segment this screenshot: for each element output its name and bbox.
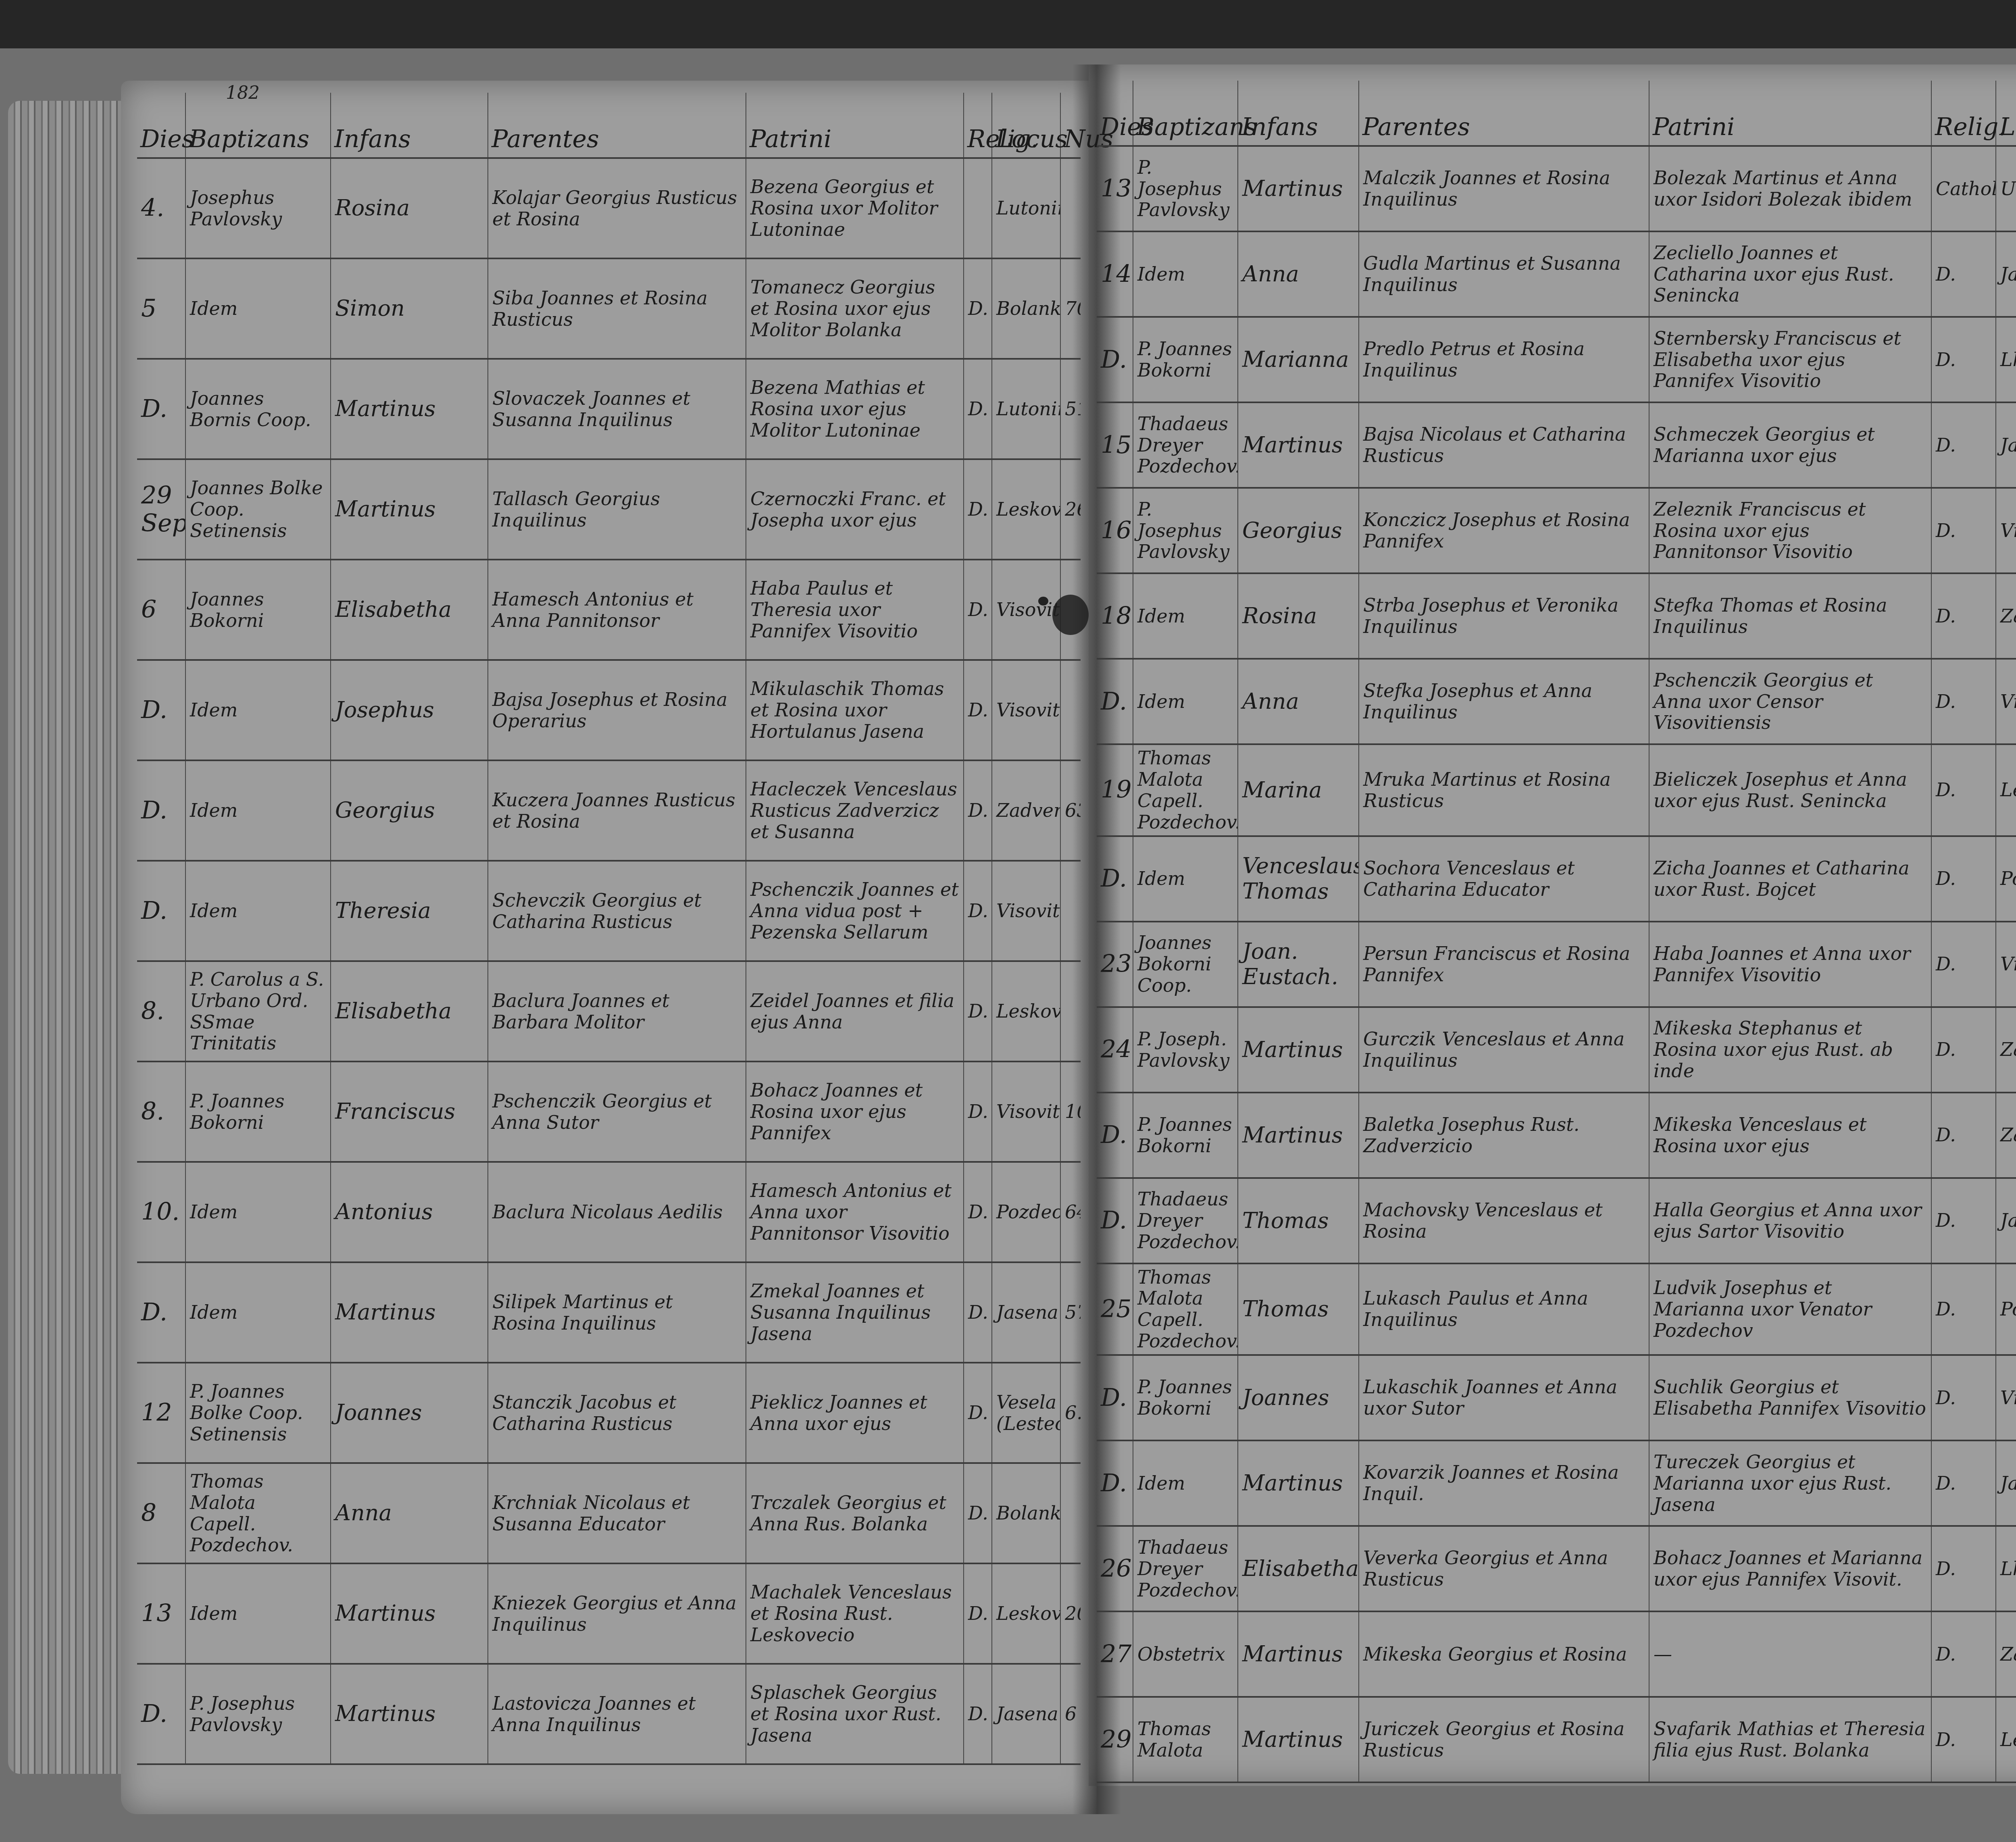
- entry-locus: Jasena: [992, 1262, 1060, 1363]
- entry-parentes: Schevczik Georgius et Catharina Rusticus: [488, 861, 746, 961]
- entry-nus: 70.: [1060, 258, 1081, 359]
- entry-locus: Ublo: [1996, 146, 2016, 231]
- register-entry-row: D.IdemTheresiaSchevczik Georgius et Cath…: [137, 861, 1081, 961]
- entry-infans: Martinus: [331, 459, 488, 560]
- entry-parentes: Persun Franciscus et Rosina Pannifex: [1359, 922, 1649, 1007]
- entry-relig: D.: [964, 760, 992, 861]
- entry-nus: 100: [1060, 1061, 1081, 1162]
- entry-locus: Visovitium: [992, 861, 1060, 961]
- entry-baptizans: Thomas Malota Capell. Pozdechov.: [185, 1463, 331, 1563]
- register-entry-row: D.P. Joannes BokorniJoannesLukaschik Joa…: [1097, 1355, 2016, 1440]
- entry-infans: Georgius: [331, 760, 488, 861]
- entry-parentes: Mruka Martinus et Rosina Rusticus: [1359, 744, 1649, 836]
- entry-relig: D.: [1931, 836, 1996, 922]
- register-entry-row: 4.Josephus PavlovskyRosinaKolajar Georgi…: [137, 158, 1081, 258]
- entry-locus: Lhotka: [1996, 1526, 2016, 1611]
- entry-baptizans: Idem: [185, 1563, 331, 1664]
- entry-locus: Vesela (Lesteckom): [992, 1363, 1060, 1463]
- entry-nus: 64: [1060, 1162, 1081, 1262]
- column-header-dies: Dies: [137, 93, 185, 158]
- entry-relig: D.: [964, 861, 992, 961]
- column-header-infans: Infans: [1238, 81, 1359, 146]
- column-header-baptizans: Baptizans: [1133, 81, 1238, 146]
- entry-locus: Jasena: [1996, 1440, 2016, 1526]
- entry-locus: Zadverzicium: [1996, 1611, 2016, 1697]
- book-page-edges-left: [8, 101, 129, 1774]
- entry-dies: D.: [137, 359, 185, 459]
- column-header-patrini: Patrini: [1649, 81, 1931, 146]
- entry-locus: Jasena: [1996, 231, 2016, 317]
- entry-locus: Leskovecium: [1996, 744, 2016, 836]
- entry-infans: Venceslaus Thomas: [1238, 836, 1359, 922]
- entry-nus: 26: [1060, 459, 1081, 560]
- entry-relig: D.: [1931, 1697, 1996, 1782]
- register-entry-row: 29.Thomas MalotaMartinusJuriczek Georgiu…: [1097, 1697, 2016, 1782]
- register-entry-row: D.IdemAnnaStefka Josephus et Anna Inquil…: [1097, 659, 2016, 744]
- register-entry-row: 23Joannes Bokorni Coop.Joan. Eustach.Per…: [1097, 922, 2016, 1007]
- entry-parentes: Slovaczek Joannes et Susanna Inquilinus: [488, 359, 746, 459]
- entry-infans: Thomas: [1238, 1263, 1359, 1355]
- entry-relig: D.: [964, 1061, 992, 1162]
- column-header-infans: Infans: [331, 93, 488, 158]
- entry-patrini: Czernoczki Franc. et Josepha uxor ejus: [746, 459, 964, 560]
- entry-infans: Martinus: [331, 1664, 488, 1764]
- entry-patrini: Mikulaschik Thomas et Rosina uxor Hortul…: [746, 660, 964, 760]
- entry-nus: [1060, 961, 1081, 1061]
- entry-relig: D.: [964, 1664, 992, 1764]
- column-header-relig: Relig.: [1931, 81, 1996, 146]
- entry-parentes: Sochora Venceslaus et Catharina Educator: [1359, 836, 1649, 922]
- entry-locus: Zadverzicium: [1996, 1007, 2016, 1093]
- entry-relig: D.: [964, 1463, 992, 1563]
- entry-patrini: Haba Joannes et Anna uxor Pannifex Visov…: [1649, 922, 1931, 1007]
- entry-parentes: Bajsa Nicolaus et Catharina Rusticus: [1359, 402, 1649, 488]
- entry-patrini: Suchlik Georgius et Elisabetha Pannifex …: [1649, 1355, 1931, 1440]
- entry-baptizans: P. Joseph. Pavlovsky: [1133, 1007, 1238, 1093]
- register-entry-row: 12P. Joannes Bolke Coop. SetinensisJoann…: [137, 1363, 1081, 1463]
- entry-dies: D.: [1097, 836, 1133, 922]
- left-header-row: DiesBaptizansInfansParentesPatriniRelig.…: [137, 93, 1081, 158]
- entry-relig: D.: [964, 560, 992, 660]
- entry-relig: D.: [1931, 402, 1996, 488]
- entry-locus: Bolanka: [992, 1463, 1060, 1563]
- entry-baptizans: Idem: [185, 760, 331, 861]
- entry-patrini: Tureczek Georgius et Marianna uxor ejus …: [1649, 1440, 1931, 1526]
- entry-nus: [1060, 660, 1081, 760]
- register-entry-row: 19Thomas Malota Capell. Pozdechov.Marina…: [1097, 744, 2016, 836]
- entry-baptizans: Idem: [1133, 836, 1238, 922]
- entry-dies: 4.: [137, 158, 185, 258]
- register-entry-row: 26Thadaeus Dreyer Pozdechov.ElisabethaVe…: [1097, 1526, 2016, 1611]
- entry-dies: 27: [1097, 1611, 1133, 1697]
- entry-parentes: Silipek Martinus et Rosina Inquilinus: [488, 1262, 746, 1363]
- entry-baptizans: P. Joannes Bolke Coop. Setinensis: [185, 1363, 331, 1463]
- entry-parentes: Machovsky Venceslaus et Rosina: [1359, 1178, 1649, 1263]
- entry-parentes: Stefka Josephus et Anna Inquilinus: [1359, 659, 1649, 744]
- entry-baptizans: Joannes Bokorni Coop.: [1133, 922, 1238, 1007]
- entry-dies: D.: [1097, 1440, 1133, 1526]
- entry-nus: [1060, 1463, 1081, 1563]
- entry-relig: D.: [964, 459, 992, 560]
- entry-dies: D.: [1097, 1355, 1133, 1440]
- entry-locus: Bolanka: [992, 258, 1060, 359]
- entry-baptizans: P. Joannes Bokorni: [1133, 1355, 1238, 1440]
- entry-locus: Visovitium: [992, 1061, 1060, 1162]
- entry-infans: Rosina: [331, 158, 488, 258]
- entry-locus: Zadverzicium: [1996, 1093, 2016, 1178]
- entry-baptizans: P. Josephus Pavlovsky: [1133, 488, 1238, 573]
- register-entry-row: D.IdemJosephusBajsa Josephus et Rosina O…: [137, 660, 1081, 760]
- entry-patrini: Pschenczik Joannes et Anna vidua post + …: [746, 861, 964, 961]
- entry-patrini: —: [1649, 1611, 1931, 1697]
- entry-baptizans: Idem: [185, 861, 331, 961]
- entry-locus: Lutonina: [992, 359, 1060, 459]
- entry-dies: 19: [1097, 744, 1133, 836]
- entry-baptizans: Joannes Bolke Coop. Setinensis: [185, 459, 331, 560]
- entry-dies: D.: [137, 1262, 185, 1363]
- register-entry-row: 24P. Joseph. PavlovskyMartinusGurczik Ve…: [1097, 1007, 2016, 1093]
- entry-baptizans: Thomas Malota Capell. Pozdechov.: [1133, 1263, 1238, 1355]
- entry-relig: D.: [964, 1162, 992, 1262]
- entry-parentes: Kuczera Joannes Rusticus et Rosina: [488, 760, 746, 861]
- entry-relig: D.: [1931, 488, 1996, 573]
- column-header-parentes: Parentes: [1359, 81, 1649, 146]
- entry-parentes: Malczik Joannes et Rosina Inquilinus: [1359, 146, 1649, 231]
- entry-dies: 24: [1097, 1007, 1133, 1093]
- register-entry-row: 13IdemMartinusKniezek Georgius et Anna I…: [137, 1563, 1081, 1664]
- entry-patrini: Zeleznik Franciscus et Rosina uxor ejus …: [1649, 488, 1931, 573]
- entry-dies: 18: [1097, 573, 1133, 659]
- entry-relig: D.: [1931, 573, 1996, 659]
- entry-patrini: Zmekal Joannes et Susanna Inquilinus Jas…: [746, 1262, 964, 1363]
- entry-patrini: Hacleczek Venceslaus Rusticus Zadverzicz…: [746, 760, 964, 861]
- entry-locus: Visovitium: [1996, 922, 2016, 1007]
- entry-patrini: Bohacz Joannes et Rosina uxor ejus Panni…: [746, 1061, 964, 1162]
- entry-parentes: Krchniak Nicolaus et Susanna Educator: [488, 1463, 746, 1563]
- entry-parentes: Lukaschik Joannes et Anna uxor Sutor: [1359, 1355, 1649, 1440]
- register-entry-row: 16P. Josephus PavlovskyGeorgiusKonczicz …: [1097, 488, 2016, 573]
- entry-baptizans: Obstetrix: [1133, 1611, 1238, 1697]
- entry-infans: Martinus: [1238, 1611, 1359, 1697]
- entry-parentes: Konczicz Josephus et Rosina Pannifex: [1359, 488, 1649, 573]
- entry-infans: Martinus: [331, 359, 488, 459]
- entry-baptizans: P. Carolus a S. Urbano Ord. SSmae Trinit…: [185, 961, 331, 1061]
- entry-infans: Thomas: [1238, 1178, 1359, 1263]
- entry-patrini: Mikeska Venceslaus et Rosina uxor ejus: [1649, 1093, 1931, 1178]
- entry-locus: Zadverzicium: [1996, 573, 2016, 659]
- entry-baptizans: Idem: [185, 1262, 331, 1363]
- entry-baptizans: Thomas Malota Capell. Pozdechov.: [1133, 744, 1238, 836]
- entry-nus: [1060, 158, 1081, 258]
- entry-relig: [964, 158, 992, 258]
- entry-locus: Visovitium: [1996, 1355, 2016, 1440]
- register-entry-row: 8Thomas Malota Capell. Pozdechov.AnnaKrc…: [137, 1463, 1081, 1563]
- entry-locus: Lutonina: [992, 158, 1060, 258]
- entry-infans: Anna: [1238, 659, 1359, 744]
- entry-infans: Elisabetha: [331, 961, 488, 1061]
- column-header-patrini: Patrini: [746, 93, 964, 158]
- entry-infans: Franciscus: [331, 1061, 488, 1162]
- entry-locus: Pozdechovium: [1996, 1263, 2016, 1355]
- entry-infans: Anna: [1238, 231, 1359, 317]
- entry-locus: Leskovecio: [1996, 1697, 2016, 1782]
- register-entry-row: 18IdemRosinaStrba Josephus et Veronika I…: [1097, 573, 2016, 659]
- register-entry-row: 29 SeptembrisJoannes Bolke Coop. Setinen…: [137, 459, 1081, 560]
- entry-parentes: Pschenczik Georgius et Anna Sutor: [488, 1061, 746, 1162]
- entry-patrini: Sternbersky Franciscus et Elisabetha uxo…: [1649, 317, 1931, 402]
- register-entry-row: D.IdemMartinusSilipek Martinus et Rosina…: [137, 1262, 1081, 1363]
- entry-nus: 63.: [1060, 760, 1081, 861]
- entry-relig: D.: [1931, 231, 1996, 317]
- entry-patrini: Hamesch Antonius et Anna uxor Pannitonso…: [746, 1162, 964, 1262]
- entry-nus: 57: [1060, 1262, 1081, 1363]
- entry-dies: 14: [1097, 231, 1133, 317]
- entry-nus: 6: [1060, 1664, 1081, 1764]
- entry-patrini: Machalek Venceslaus et Rosina Rust. Lesk…: [746, 1563, 964, 1664]
- entry-relig: D.: [1931, 1007, 1996, 1093]
- entry-baptizans: Thomas Malota: [1133, 1697, 1238, 1782]
- entry-patrini: Halla Georgius et Anna uxor ejus Sartor …: [1649, 1178, 1931, 1263]
- entry-relig: D.: [1931, 1355, 1996, 1440]
- entry-patrini: Bohacz Joannes et Marianna uxor ejus Pan…: [1649, 1526, 1931, 1611]
- entry-parentes: Baclura Joannes et Barbara Molitor: [488, 961, 746, 1061]
- register-entry-row: 27ObstetrixMartinusMikeska Georgius et R…: [1097, 1611, 2016, 1697]
- left-register-body: 4.Josephus PavlovskyRosinaKolajar Georgi…: [137, 158, 1081, 1764]
- entry-dies: 23: [1097, 922, 1133, 1007]
- ink-stain-small: [1038, 597, 1048, 606]
- entry-parentes: Juriczek Georgius et Rosina Rusticus: [1359, 1697, 1649, 1782]
- entry-locus: Zadverzicium: [992, 760, 1060, 861]
- right-register-table: DiesBaptizansInfansParentesPatriniRelig.…: [1097, 81, 2016, 1783]
- entry-relig: D.: [1931, 1526, 1996, 1611]
- entry-baptizans: Idem: [185, 258, 331, 359]
- entry-relig: D.: [964, 660, 992, 760]
- register-entry-row: 8.P. Carolus a S. Urbano Ord. SSmae Trin…: [137, 961, 1081, 1061]
- entry-locus: Pozdechovium: [1996, 836, 2016, 922]
- entry-parentes: Strba Josephus et Veronika Inquilinus: [1359, 573, 1649, 659]
- entry-parentes: Lukasch Paulus et Anna Inquilinus: [1359, 1263, 1649, 1355]
- entry-relig: D.: [964, 1563, 992, 1664]
- entry-patrini: Ludvik Josephus et Marianna uxor Venator…: [1649, 1263, 1931, 1355]
- column-header-relig: Relig.: [964, 93, 992, 158]
- register-entry-row: D.Joannes Bornis Coop.MartinusSlovaczek …: [137, 359, 1081, 459]
- entry-infans: Martinus: [1238, 402, 1359, 488]
- entry-baptizans: Thadaeus Dreyer Pozdechov.: [1133, 1526, 1238, 1611]
- entry-locus: Visovitium: [992, 560, 1060, 660]
- register-entry-row: 13P. Josephus PavlovskyMartinusMalczik J…: [1097, 146, 2016, 231]
- entry-infans: Martinus: [1238, 1007, 1359, 1093]
- entry-parentes: Veverka Georgius et Anna Rusticus: [1359, 1526, 1649, 1611]
- column-header-dies: Dies: [1097, 81, 1133, 146]
- entry-infans: Martinus: [1238, 1440, 1359, 1526]
- entry-locus: Jasena: [1996, 402, 2016, 488]
- register-entry-row: D.P. Joannes BokorniMartinusBaletka Jose…: [1097, 1093, 2016, 1178]
- entry-infans: Josephus: [331, 660, 488, 760]
- entry-dies: 29.: [1097, 1697, 1133, 1782]
- entry-infans: Marina: [1238, 744, 1359, 836]
- entry-baptizans: Joannes Bokorni: [185, 560, 331, 660]
- entry-dies: 26: [1097, 1526, 1133, 1611]
- entry-parentes: Kolajar Georgius Rusticus et Rosina: [488, 158, 746, 258]
- entry-dies: D.: [137, 660, 185, 760]
- entry-patrini: Bezena Mathias et Rosina uxor ejus Molit…: [746, 359, 964, 459]
- entry-parentes: Mikeska Georgius et Rosina: [1359, 1611, 1649, 1697]
- entry-relig: D.: [1931, 1263, 1996, 1355]
- entry-relig: Catholicus: [1931, 146, 1996, 231]
- entry-patrini: Zeidel Joannes et filia ejus Anna: [746, 961, 964, 1061]
- entry-patrini: Mikeska Stephanus et Rosina uxor ejus Ru…: [1649, 1007, 1931, 1093]
- register-entry-row: 10.IdemAntoniusBaclura Nicolaus AedilisH…: [137, 1162, 1081, 1262]
- entry-patrini: Svafarik Mathias et Theresia filia ejus …: [1649, 1697, 1931, 1782]
- entry-parentes: Hamesch Antonius et Anna Pannitonsor: [488, 560, 746, 660]
- register-entry-row: 14IdemAnnaGudla Martinus et Susanna Inqu…: [1097, 231, 2016, 317]
- entry-relig: D.: [964, 359, 992, 459]
- entry-locus: Jasena: [1996, 1178, 2016, 1263]
- entry-dies: 29 Septembris: [137, 459, 185, 560]
- entry-locus: Visovitium: [992, 660, 1060, 760]
- entry-patrini: Pschenczik Georgius et Anna uxor Censor …: [1649, 659, 1931, 744]
- column-header-parentes: Parentes: [488, 93, 746, 158]
- entry-dies: 16: [1097, 488, 1133, 573]
- register-entry-row: D.IdemMartinusKovarzik Joannes et Rosina…: [1097, 1440, 2016, 1526]
- entry-patrini: Stefka Thomas et Rosina Inquilinus: [1649, 573, 1931, 659]
- entry-dies: D.: [137, 1664, 185, 1764]
- entry-dies: 25: [1097, 1263, 1133, 1355]
- entry-relig: D.: [964, 258, 992, 359]
- entry-parentes: Siba Joannes et Rosina Rusticus: [488, 258, 746, 359]
- entry-dies: 12: [137, 1363, 185, 1463]
- entry-dies: 8.: [137, 961, 185, 1061]
- entry-infans: Joan. Eustach.: [1238, 922, 1359, 1007]
- entry-infans: Georgius: [1238, 488, 1359, 573]
- entry-dies: D.: [137, 861, 185, 961]
- entry-baptizans: P. Joannes Bokorni: [185, 1061, 331, 1162]
- entry-dies: 8: [137, 1463, 185, 1563]
- entry-patrini: Tomanecz Georgius et Rosina uxor ejus Mo…: [746, 258, 964, 359]
- column-header-baptizans: Baptizans: [185, 93, 331, 158]
- column-header-locus: Locus: [992, 93, 1060, 158]
- entry-baptizans: Idem: [185, 1162, 331, 1262]
- register-entry-row: 25Thomas Malota Capell. Pozdechov.Thomas…: [1097, 1263, 2016, 1355]
- entry-locus: Leskovecium: [992, 459, 1060, 560]
- entry-nus: 6.: [1060, 1363, 1081, 1463]
- entry-infans: Joannes: [1238, 1355, 1359, 1440]
- entry-parentes: Gudla Martinus et Susanna Inquilinus: [1359, 231, 1649, 317]
- right-header-row: DiesBaptizansInfansParentesPatriniRelig.…: [1097, 81, 2016, 146]
- entry-relig: D.: [1931, 744, 1996, 836]
- entry-infans: Joannes: [331, 1363, 488, 1463]
- entry-baptizans: Josephus Pavlovsky: [185, 158, 331, 258]
- entry-baptizans: Idem: [1133, 231, 1238, 317]
- entry-infans: Simon: [331, 258, 488, 359]
- entry-patrini: Bolezak Martinus et Anna uxor Isidori Bo…: [1649, 146, 1931, 231]
- entry-infans: Martinus: [1238, 1093, 1359, 1178]
- entry-dies: 15: [1097, 402, 1133, 488]
- register-entry-row: D.P. Joannes BokorniMariannaPredlo Petru…: [1097, 317, 2016, 402]
- entry-dies: D.: [1097, 1178, 1133, 1263]
- register-entry-row: D.P. Josephus PavlovskyMartinusLastovicz…: [137, 1664, 1081, 1764]
- entry-dies: 10.: [137, 1162, 185, 1262]
- entry-infans: Martinus: [1238, 146, 1359, 231]
- entry-parentes: Lastovicza Joannes et Anna Inquilinus: [488, 1664, 746, 1764]
- entry-dies: 5: [137, 258, 185, 359]
- entry-locus: Leskovecium: [992, 1563, 1060, 1664]
- entry-patrini: Zicha Joannes et Catharina uxor Rust. Bo…: [1649, 836, 1931, 922]
- entry-parentes: Baclura Nicolaus Aedilis: [488, 1162, 746, 1262]
- entry-baptizans: P. Josephus Pavlovsky: [185, 1664, 331, 1764]
- entry-patrini: Pieklicz Joannes et Anna uxor ejus: [746, 1363, 964, 1463]
- right-register-body: 13P. Josephus PavlovskyMartinusMalczik J…: [1097, 146, 2016, 1782]
- ink-stain: [1052, 595, 1089, 635]
- entry-locus: Pozdechovium: [992, 1162, 1060, 1262]
- register-entry-row: 6Joannes BokorniElisabethaHamesch Antoni…: [137, 560, 1081, 660]
- entry-dies: 8.: [137, 1061, 185, 1162]
- entry-infans: Elisabetha: [1238, 1526, 1359, 1611]
- entry-infans: Martinus: [1238, 1697, 1359, 1782]
- entry-parentes: Gurczik Venceslaus et Anna Inquilinus: [1359, 1007, 1649, 1093]
- entry-dies: D.: [1097, 659, 1133, 744]
- entry-infans: Theresia: [331, 861, 488, 961]
- entry-parentes: Kniezek Georgius et Anna Inquilinus: [488, 1563, 746, 1664]
- entry-baptizans: P. Joannes Bokorni: [1133, 1093, 1238, 1178]
- entry-patrini: Bezena Georgius et Rosina uxor Molitor L…: [746, 158, 964, 258]
- entry-patrini: Haba Paulus et Theresia uxor Pannifex Vi…: [746, 560, 964, 660]
- book-cover-cloth: [0, 0, 2016, 56]
- entry-patrini: Splaschek Georgius et Rosina uxor Rust. …: [746, 1664, 964, 1764]
- entry-baptizans: Thadaeus Dreyer Pozdechov.: [1133, 1178, 1238, 1263]
- left-register-table: DiesBaptizansInfansParentesPatriniRelig.…: [137, 93, 1081, 1765]
- entry-infans: Marianna: [1238, 317, 1359, 402]
- entry-infans: Elisabetha: [331, 560, 488, 660]
- entry-baptizans: P. Josephus Pavlovsky: [1133, 146, 1238, 231]
- entry-infans: Martinus: [331, 1262, 488, 1363]
- entry-infans: Rosina: [1238, 573, 1359, 659]
- entry-relig: D.: [1931, 659, 1996, 744]
- register-entry-row: D.Thadaeus Dreyer Pozdechov.ThomasMachov…: [1097, 1178, 2016, 1263]
- entry-dies: D.: [1097, 317, 1133, 402]
- entry-parentes: Stanczik Jacobus et Catharina Rusticus: [488, 1363, 746, 1463]
- entry-dies: 13: [1097, 146, 1133, 231]
- entry-locus: Jasena: [992, 1664, 1060, 1764]
- entry-relig: D.: [1931, 1178, 1996, 1263]
- register-entry-row: 8.P. Joannes BokorniFranciscusPschenczik…: [137, 1061, 1081, 1162]
- register-entry-row: D.IdemVenceslaus ThomasSochora Venceslau…: [1097, 836, 2016, 922]
- entry-dies: D.: [1097, 1093, 1133, 1178]
- entry-infans: Martinus: [331, 1563, 488, 1664]
- entry-relig: D.: [964, 961, 992, 1061]
- entry-relig: D.: [1931, 1440, 1996, 1526]
- entry-parentes: Kovarzik Joannes et Rosina Inquil.: [1359, 1440, 1649, 1526]
- entry-locus: Visovitium: [1996, 488, 2016, 573]
- entry-baptizans: Idem: [1133, 659, 1238, 744]
- entry-baptizans: P. Joannes Bokorni: [1133, 317, 1238, 402]
- entry-infans: Anna: [331, 1463, 488, 1563]
- entry-patrini: Zecliello Joannes et Catharina uxor ejus…: [1649, 231, 1931, 317]
- entry-nus: 20.: [1060, 1563, 1081, 1664]
- entry-parentes: Tallasch Georgius Inquilinus: [488, 459, 746, 560]
- register-entry-row: 5IdemSimonSiba Joannes et Rosina Rusticu…: [137, 258, 1081, 359]
- entry-locus: Lhotka: [1996, 317, 2016, 402]
- entry-baptizans: Thadaeus Dreyer Pozdechov.: [1133, 402, 1238, 488]
- entry-relig: D.: [964, 1363, 992, 1463]
- entry-locus: Leskovecium: [992, 961, 1060, 1061]
- entry-dies: D.: [137, 760, 185, 861]
- entry-nus: [1060, 861, 1081, 961]
- entry-relig: D.: [1931, 1093, 1996, 1178]
- entry-parentes: Baletka Josephus Rust. Zadverzicio: [1359, 1093, 1649, 1178]
- entry-patrini: Bieliczek Josephus et Anna uxor ejus Rus…: [1649, 744, 1931, 836]
- entry-locus: Visovitium: [1996, 659, 2016, 744]
